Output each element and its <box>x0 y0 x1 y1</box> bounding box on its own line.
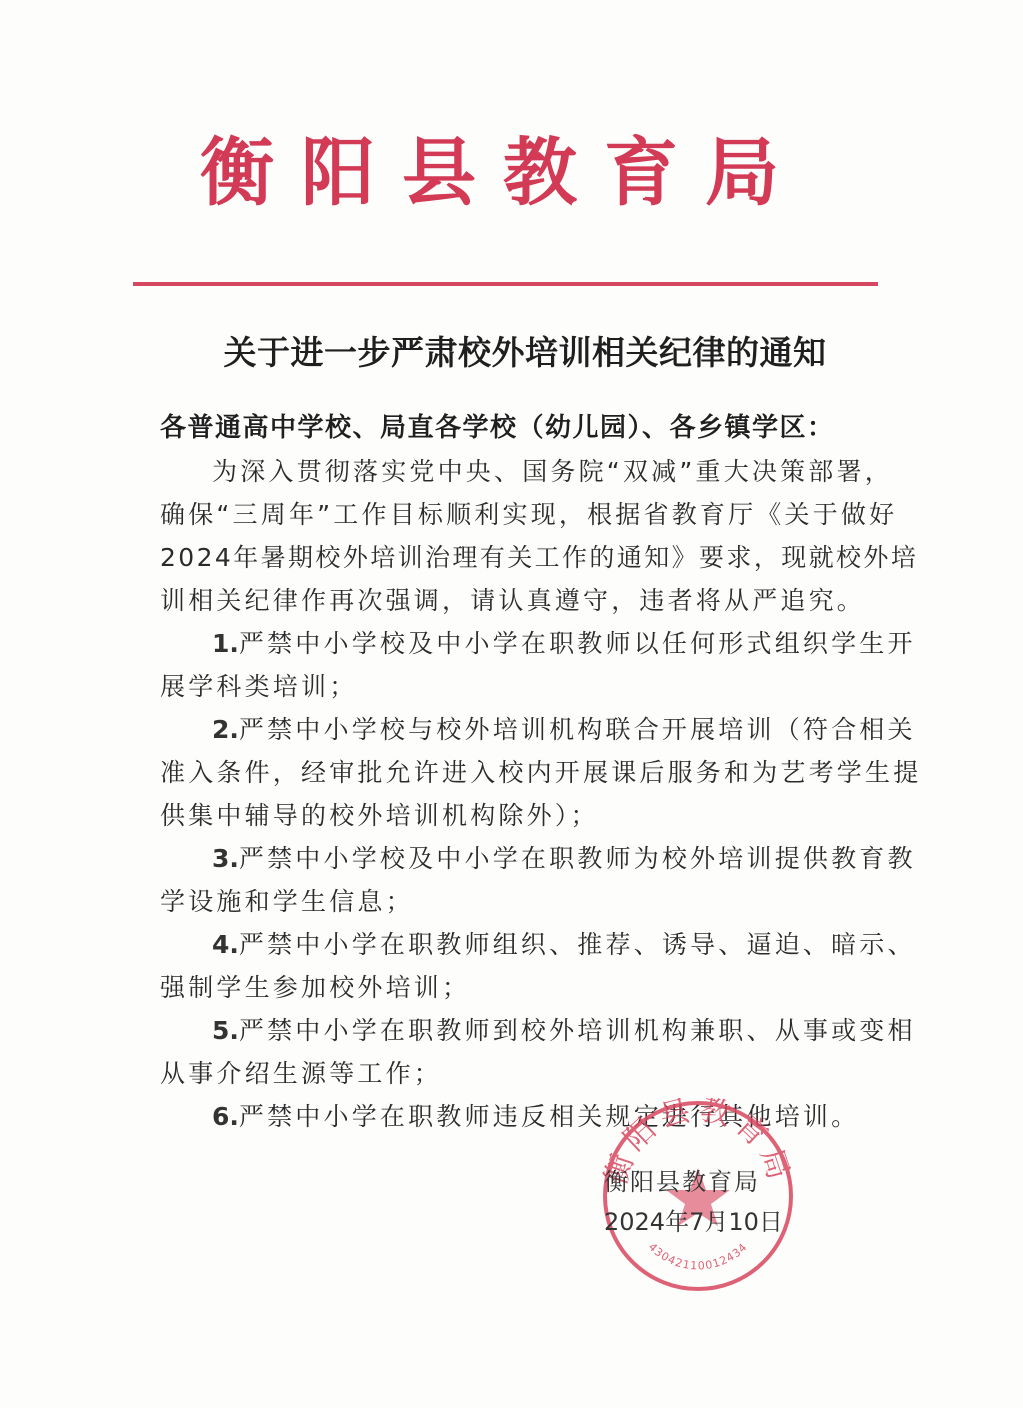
item-5-line: 5.严禁中小学在职教师到校外培训机构兼职、从事或变相 <box>160 1009 880 1052</box>
item-3-line: 3.严禁中小学校及中小学在职教师为校外培训提供教育教 <box>160 837 880 880</box>
item-1-line: 展学科类培训； <box>160 665 880 708</box>
intro-line: 确保“三周年”工作目标顺利实现，根据省教育厅《关于做好 <box>160 493 880 536</box>
salutation: 各普通高中学校、局直各学校（幼儿园）、各乡镇学区： <box>160 408 835 448</box>
item-4-line: 强制学生参加校外培训； <box>160 966 880 1009</box>
item-text: 严禁中小学校及中小学在职教师以任何形式组织学生开 <box>239 629 916 658</box>
item-number: 1. <box>212 629 239 658</box>
item-text: 严禁中小学在职教师组织、推荐、诱导、逼迫、暗示、 <box>239 930 916 959</box>
item-number: 4. <box>212 930 239 959</box>
item-number: 6. <box>212 1102 239 1131</box>
item-number: 3. <box>212 844 239 873</box>
signature-block: 衡阳县教育局 2024年7月10日 <box>604 1162 783 1242</box>
header-divider <box>133 282 878 286</box>
item-2-line: 准入条件，经审批允许进入校内开展课后服务和为艺考学生提 <box>160 751 880 794</box>
masthead-org-name: 衡阳县教育局 <box>200 128 820 218</box>
seal-code: 43042110012434 <box>646 1240 750 1272</box>
item-1-line: 1.严禁中小学校及中小学在职教师以任何形式组织学生开 <box>160 622 880 665</box>
intro-line: 2024年暑期校外培训治理有关工作的通知》要求，现就校外培 <box>160 536 880 579</box>
item-number: 2. <box>212 715 239 744</box>
signature-org: 衡阳县教育局 <box>604 1162 783 1202</box>
document-title: 关于进一步严肃校外培训相关纪律的通知 <box>160 330 890 376</box>
item-2-line: 2.严禁中小学校与校外培训机构联合开展培训（符合相关 <box>160 708 880 751</box>
item-2-line: 供集中辅导的校外培训机构除外）； <box>160 794 880 837</box>
svg-text:43042110012434: 43042110012434 <box>646 1240 750 1272</box>
item-text: 严禁中小学在职教师到校外培训机构兼职、从事或变相 <box>239 1016 916 1045</box>
item-number: 5. <box>212 1016 239 1045</box>
item-4-line: 4.严禁中小学在职教师组织、推荐、诱导、逼迫、暗示、 <box>160 923 880 966</box>
item-text: 严禁中小学校与校外培训机构联合开展培训（符合相关 <box>239 715 916 744</box>
intro-line: 为深入贯彻落实党中央、国务院“双减”重大决策部署， <box>160 450 880 493</box>
signature-date: 2024年7月10日 <box>604 1202 783 1242</box>
item-3-line: 学设施和学生信息； <box>160 880 880 923</box>
item-5-line: 从事介绍生源等工作； <box>160 1052 880 1095</box>
document-body: 为深入贯彻落实党中央、国务院“双减”重大决策部署， 确保“三周年”工作目标顺利实… <box>160 450 880 1138</box>
item-text: 严禁中小学校及中小学在职教师为校外培训提供教育教 <box>239 844 916 873</box>
intro-line: 训相关纪律作再次强调，请认真遵守，违者将从严追究。 <box>160 579 880 622</box>
